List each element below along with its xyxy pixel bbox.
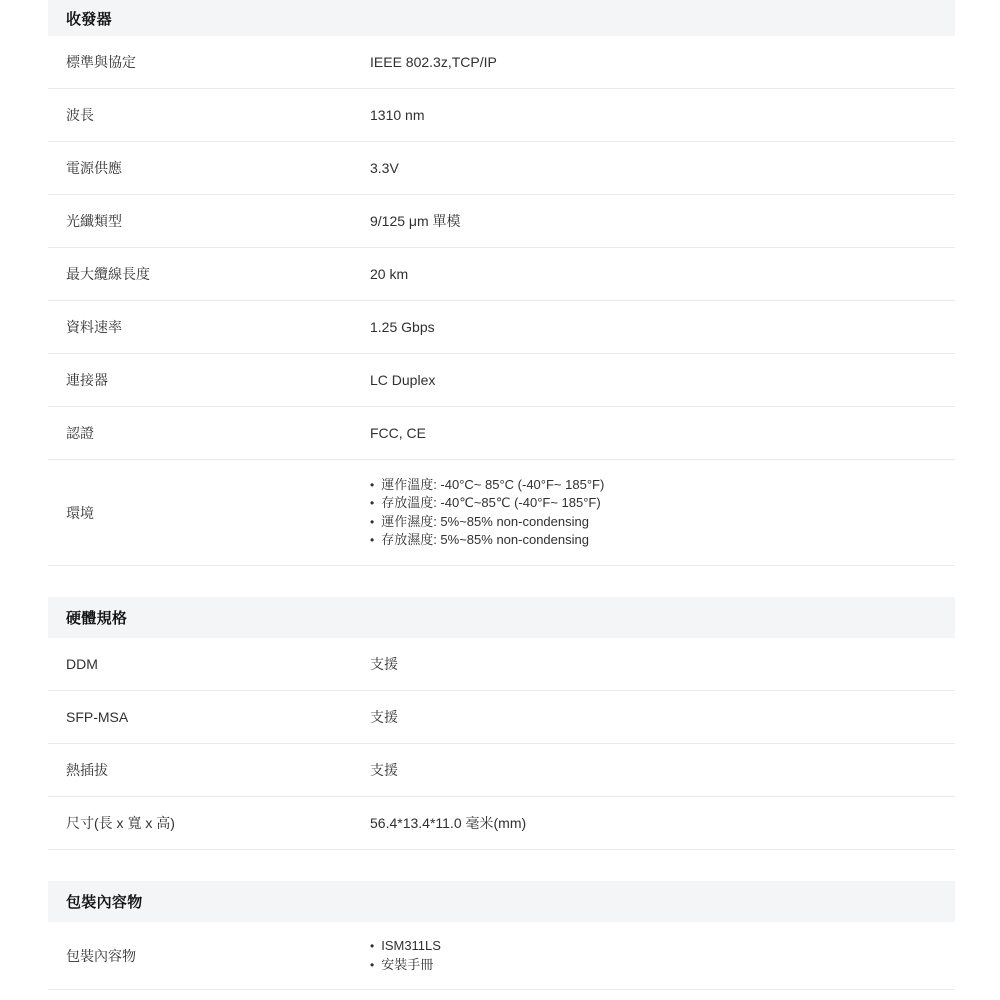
spec-value: IEEE 802.3z,TCP/IP: [370, 54, 955, 70]
spec-row-connector: 連接器 LC Duplex: [48, 354, 955, 407]
spec-value: 56.4*13.4*11.0 毫米(mm): [370, 813, 955, 833]
section-title: 硬體規格: [66, 607, 127, 628]
section-transceiver: 收發器 標準與協定 IEEE 802.3z,TCP/IP 波長 1310 nm …: [48, 0, 955, 566]
bullet-text: 安裝手冊: [381, 956, 433, 975]
spec-label: 光纖類型: [48, 211, 370, 231]
bullet-icon: [370, 531, 374, 550]
spec-value-bullets: ISM311LS 安裝手冊: [370, 937, 955, 974]
bullet-icon: [370, 476, 374, 495]
spec-row-environment: 環境 運作溫度: -40°C~ 85°C (-40°F~ 185°F) 存放溫度…: [48, 460, 955, 566]
section-package-contents: 包裝內容物 包裝內容物 ISM311LS 安裝手冊: [48, 881, 955, 990]
spec-label: 認證: [48, 423, 370, 443]
spec-value: 3.3V: [370, 160, 955, 176]
spec-row-wavelength: 波長 1310 nm: [48, 89, 955, 142]
bullet-text: ISM311LS: [381, 937, 441, 956]
spec-row-sfp-msa: SFP-MSA 支援: [48, 691, 955, 744]
spec-row-dimensions: 尺寸(長 x 寬 x 高) 56.4*13.4*11.0 毫米(mm): [48, 797, 955, 850]
spec-page: 收發器 標準與協定 IEEE 802.3z,TCP/IP 波長 1310 nm …: [0, 0, 1000, 990]
section-header-hardware-specs: 硬體規格: [48, 597, 955, 638]
spec-value: 支援: [370, 707, 955, 727]
spec-row-data-rate: 資料速率 1.25 Gbps: [48, 301, 955, 354]
spec-label: 環境: [48, 503, 370, 523]
spec-row-certification: 認證 FCC, CE: [48, 407, 955, 460]
section-title: 收發器: [66, 8, 112, 29]
spec-label: 標準與協定: [48, 52, 370, 72]
bullet-icon: [370, 513, 374, 532]
spec-value: 1310 nm: [370, 107, 955, 123]
bullet-item: ISM311LS: [370, 937, 955, 956]
spec-value: 支援: [370, 654, 955, 674]
section-title: 包裝內容物: [66, 891, 143, 912]
spec-value-bullets: 運作溫度: -40°C~ 85°C (-40°F~ 185°F) 存放溫度: -…: [370, 476, 955, 550]
spec-label: 連接器: [48, 370, 370, 390]
spec-label: 包裝內容物: [48, 946, 370, 966]
section-hardware-specs: 硬體規格 DDM 支援 SFP-MSA 支援 熱插拔 支援 尺寸(長 x 寬 x…: [48, 597, 955, 850]
spec-label: SFP-MSA: [48, 709, 370, 725]
bullet-item: 運作濕度: 5%~85% non-condensing: [370, 513, 955, 532]
spec-label: DDM: [48, 656, 370, 672]
spec-row-package-contents: 包裝內容物 ISM311LS 安裝手冊: [48, 922, 955, 990]
spec-label: 波長: [48, 105, 370, 125]
spec-value: LC Duplex: [370, 372, 955, 388]
bullet-text: 存放溫度: -40℃~85℃ (-40°F~ 185°F): [381, 494, 601, 513]
spec-value: 9/125 μm 單模: [370, 211, 955, 231]
spec-row-power-supply: 電源供應 3.3V: [48, 142, 955, 195]
spec-label: 資料速率: [48, 317, 370, 337]
section-header-transceiver: 收發器: [48, 0, 955, 36]
spec-label: 電源供應: [48, 158, 370, 178]
bullet-item: 安裝手冊: [370, 956, 955, 975]
bullet-icon: [370, 494, 374, 513]
bullet-text: 運作溫度: -40°C~ 85°C (-40°F~ 185°F): [381, 476, 604, 495]
spec-row-standards: 標準與協定 IEEE 802.3z,TCP/IP: [48, 36, 955, 89]
spec-value: 20 km: [370, 266, 955, 282]
spec-label: 最大纜線長度: [48, 264, 370, 284]
spec-row-ddm: DDM 支援: [48, 638, 955, 691]
spec-label: 尺寸(長 x 寬 x 高): [48, 813, 370, 833]
bullet-icon: [370, 956, 374, 975]
spec-row-max-cable-length: 最大纜線長度 20 km: [48, 248, 955, 301]
spec-row-hot-swappable: 熱插拔 支援: [48, 744, 955, 797]
bullet-icon: [370, 937, 374, 956]
bullet-item: 存放濕度: 5%~85% non-condensing: [370, 531, 955, 550]
section-header-package-contents: 包裝內容物: [48, 881, 955, 922]
spec-value: FCC, CE: [370, 425, 955, 441]
bullet-item: 運作溫度: -40°C~ 85°C (-40°F~ 185°F): [370, 476, 955, 495]
bullet-text: 存放濕度: 5%~85% non-condensing: [381, 531, 589, 550]
bullet-item: 存放溫度: -40℃~85℃ (-40°F~ 185°F): [370, 494, 955, 513]
spec-label: 熱插拔: [48, 760, 370, 780]
spec-value: 1.25 Gbps: [370, 319, 955, 335]
bullet-text: 運作濕度: 5%~85% non-condensing: [381, 513, 589, 532]
spec-value: 支援: [370, 760, 955, 780]
spec-row-fiber-type: 光纖類型 9/125 μm 單模: [48, 195, 955, 248]
